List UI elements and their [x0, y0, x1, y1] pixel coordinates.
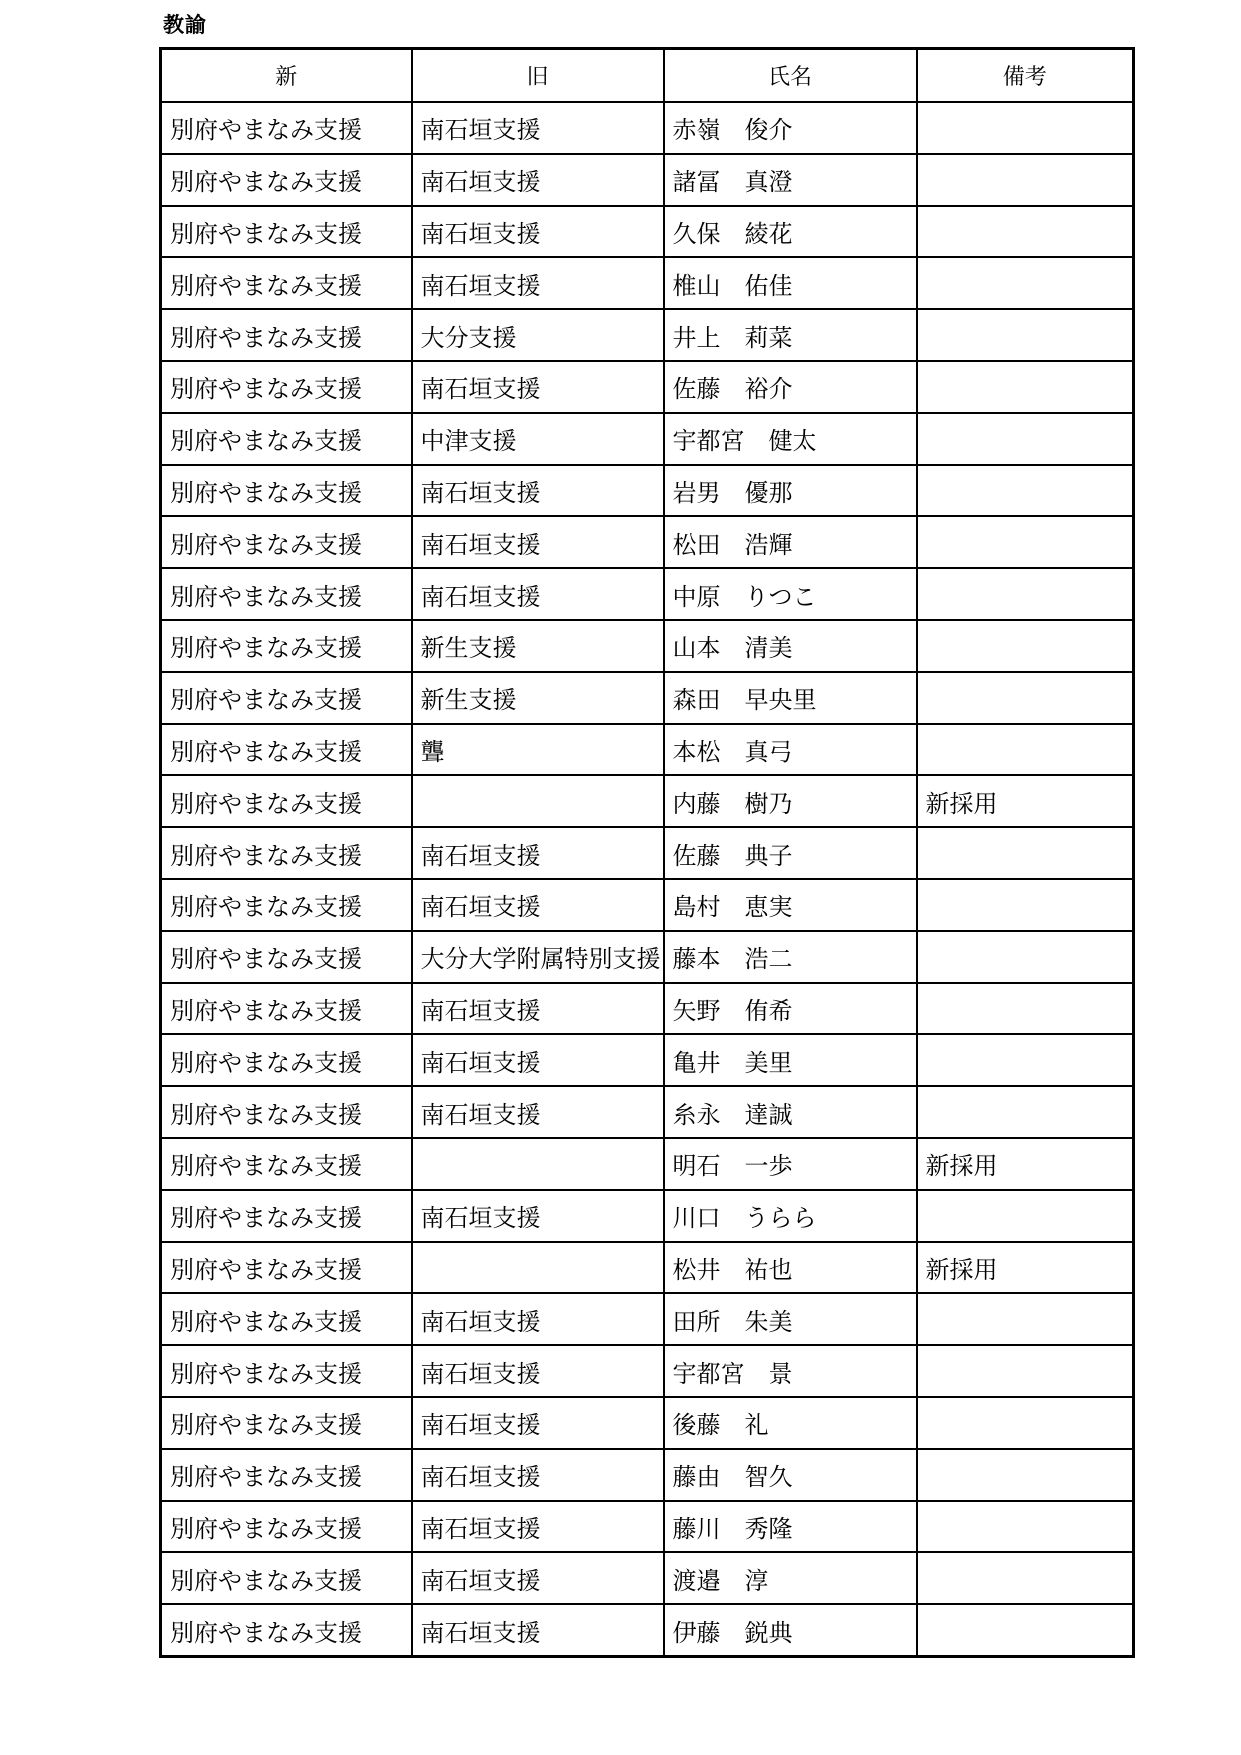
remarks-cell: [917, 1345, 1134, 1397]
column-header-name: 氏名: [664, 49, 917, 103]
remarks-cell: [917, 1604, 1134, 1656]
name-cell: 佐藤 裕介: [664, 361, 917, 413]
table-row: 別府やまなみ支援南石垣支援諸冨 真澄: [161, 154, 1134, 206]
name-cell: 椎山 佑佳: [664, 257, 917, 309]
table-row: 別府やまなみ支援南石垣支援矢野 侑希: [161, 983, 1134, 1035]
new-school-cell: 別府やまなみ支援: [161, 672, 412, 724]
column-header-new: 新: [161, 49, 412, 103]
remarks-cell: [917, 1086, 1134, 1138]
new-school-cell: 別府やまなみ支援: [161, 257, 412, 309]
column-header-old: 旧: [412, 49, 664, 103]
old-school-cell: 南石垣支援: [412, 1345, 664, 1397]
table-row: 別府やまなみ支援南石垣支援佐藤 典子: [161, 827, 1134, 879]
table-row: 別府やまなみ支援南石垣支援渡邉 淳: [161, 1552, 1134, 1604]
name-cell: 伊藤 鋭典: [664, 1604, 917, 1656]
remarks-cell: [917, 309, 1134, 361]
new-school-cell: 別府やまなみ支援: [161, 1242, 412, 1294]
remarks-cell: 新採用: [917, 775, 1134, 827]
old-school-cell: 新生支援: [412, 672, 664, 724]
remarks-cell: [917, 516, 1134, 568]
name-cell: 田所 朱美: [664, 1293, 917, 1345]
remarks-cell: 新採用: [917, 1242, 1134, 1294]
name-cell: 松田 浩輝: [664, 516, 917, 568]
new-school-cell: 別府やまなみ支援: [161, 1397, 412, 1449]
name-cell: 内藤 樹乃: [664, 775, 917, 827]
table-row: 別府やまなみ支援南石垣支援赤嶺 俊介: [161, 102, 1134, 154]
remarks-cell: [917, 672, 1134, 724]
new-school-cell: 別府やまなみ支援: [161, 568, 412, 620]
table-row: 別府やまなみ支援南石垣支援島村 恵実: [161, 879, 1134, 931]
name-cell: 後藤 礼: [664, 1397, 917, 1449]
remarks-cell: [917, 827, 1134, 879]
name-cell: 本松 真弓: [664, 724, 917, 776]
table-row: 別府やまなみ支援新生支援森田 早央里: [161, 672, 1134, 724]
table-row: 別府やまなみ支援南石垣支援伊藤 鋭典: [161, 1604, 1134, 1656]
old-school-cell: 南石垣支援: [412, 1552, 664, 1604]
table-row: 別府やまなみ支援南石垣支援岩男 優那: [161, 465, 1134, 517]
new-school-cell: 別府やまなみ支援: [161, 206, 412, 258]
table-row: 別府やまなみ支援南石垣支援川口 うらら: [161, 1190, 1134, 1242]
remarks-cell: [917, 1034, 1134, 1086]
old-school-cell: 南石垣支援: [412, 154, 664, 206]
name-cell: 亀井 美里: [664, 1034, 917, 1086]
old-school-cell: 南石垣支援: [412, 1501, 664, 1553]
name-cell: 松井 祐也: [664, 1242, 917, 1294]
new-school-cell: 別府やまなみ支援: [161, 1293, 412, 1345]
old-school-cell: 南石垣支援: [412, 879, 664, 931]
new-school-cell: 別府やまなみ支援: [161, 309, 412, 361]
name-cell: 糸永 達誠: [664, 1086, 917, 1138]
document-title: 教諭: [163, 9, 207, 39]
new-school-cell: 別府やまなみ支援: [161, 879, 412, 931]
old-school-cell: 南石垣支援: [412, 1449, 664, 1501]
table-row: 別府やまなみ支援内藤 樹乃新採用: [161, 775, 1134, 827]
remarks-cell: [917, 1293, 1134, 1345]
column-header-remarks: 備考: [917, 49, 1134, 103]
old-school-cell: 南石垣支援: [412, 1604, 664, 1656]
remarks-cell: [917, 413, 1134, 465]
name-cell: 山本 清美: [664, 620, 917, 672]
new-school-cell: 別府やまなみ支援: [161, 516, 412, 568]
remarks-cell: [917, 206, 1134, 258]
old-school-cell: 大分大学附属特別支援: [412, 931, 664, 983]
new-school-cell: 別府やまなみ支援: [161, 827, 412, 879]
table-row: 別府やまなみ支援新生支援山本 清美: [161, 620, 1134, 672]
new-school-cell: 別府やまなみ支援: [161, 1449, 412, 1501]
new-school-cell: 別府やまなみ支援: [161, 1190, 412, 1242]
new-school-cell: 別府やまなみ支援: [161, 1034, 412, 1086]
name-cell: 森田 早央里: [664, 672, 917, 724]
name-cell: 宇都宮 健太: [664, 413, 917, 465]
old-school-cell: 南石垣支援: [412, 1293, 664, 1345]
old-school-cell: 南石垣支援: [412, 1190, 664, 1242]
old-school-cell: 南石垣支援: [412, 983, 664, 1035]
name-cell: 佐藤 典子: [664, 827, 917, 879]
name-cell: 渡邉 淳: [664, 1552, 917, 1604]
old-school-cell: 南石垣支援: [412, 827, 664, 879]
remarks-cell: [917, 1501, 1134, 1553]
table-row: 別府やまなみ支援南石垣支援中原 りつこ: [161, 568, 1134, 620]
name-cell: 岩男 優那: [664, 465, 917, 517]
old-school-cell: 中津支援: [412, 413, 664, 465]
remarks-cell: [917, 154, 1134, 206]
table-row: 別府やまなみ支援南石垣支援亀井 美里: [161, 1034, 1134, 1086]
remarks-cell: 新採用: [917, 1138, 1134, 1190]
remarks-cell: [917, 102, 1134, 154]
new-school-cell: 別府やまなみ支援: [161, 1138, 412, 1190]
old-school-cell: 南石垣支援: [412, 361, 664, 413]
remarks-cell: [917, 361, 1134, 413]
old-school-cell: 南石垣支援: [412, 1034, 664, 1086]
remarks-cell: [917, 931, 1134, 983]
remarks-cell: [917, 465, 1134, 517]
remarks-cell: [917, 1449, 1134, 1501]
name-cell: 諸冨 真澄: [664, 154, 917, 206]
old-school-cell: 大分支援: [412, 309, 664, 361]
teacher-transfer-table: 新旧氏名備考 別府やまなみ支援南石垣支援赤嶺 俊介別府やまなみ支援南石垣支援諸冨…: [159, 47, 1135, 1658]
remarks-cell: [917, 1190, 1134, 1242]
name-cell: 久保 綾花: [664, 206, 917, 258]
new-school-cell: 別府やまなみ支援: [161, 1345, 412, 1397]
name-cell: 島村 恵実: [664, 879, 917, 931]
remarks-cell: [917, 879, 1134, 931]
table-row: 別府やまなみ支援大分大学附属特別支援藤本 浩二: [161, 931, 1134, 983]
new-school-cell: 別府やまなみ支援: [161, 154, 412, 206]
name-cell: 藤川 秀隆: [664, 1501, 917, 1553]
table-row: 別府やまなみ支援大分支援井上 莉菜: [161, 309, 1134, 361]
old-school-cell: 南石垣支援: [412, 465, 664, 517]
name-cell: 明石 一歩: [664, 1138, 917, 1190]
old-school-cell: 南石垣支援: [412, 568, 664, 620]
table-header-row: 新旧氏名備考: [161, 49, 1134, 103]
name-cell: 井上 莉菜: [664, 309, 917, 361]
old-school-cell: 南石垣支援: [412, 206, 664, 258]
remarks-cell: [917, 1397, 1134, 1449]
table-row: 別府やまなみ支援南石垣支援糸永 達誠: [161, 1086, 1134, 1138]
new-school-cell: 別府やまなみ支援: [161, 1604, 412, 1656]
new-school-cell: 別府やまなみ支援: [161, 931, 412, 983]
new-school-cell: 別府やまなみ支援: [161, 620, 412, 672]
remarks-cell: [917, 724, 1134, 776]
remarks-cell: [917, 983, 1134, 1035]
new-school-cell: 別府やまなみ支援: [161, 1552, 412, 1604]
table-row: 別府やまなみ支援南石垣支援椎山 佑佳: [161, 257, 1134, 309]
name-cell: 赤嶺 俊介: [664, 102, 917, 154]
old-school-cell: [412, 1138, 664, 1190]
table-row: 別府やまなみ支援南石垣支援松田 浩輝: [161, 516, 1134, 568]
name-cell: 矢野 侑希: [664, 983, 917, 1035]
new-school-cell: 別府やまなみ支援: [161, 983, 412, 1035]
remarks-cell: [917, 1552, 1134, 1604]
new-school-cell: 別府やまなみ支援: [161, 413, 412, 465]
table-row: 別府やまなみ支援南石垣支援田所 朱美: [161, 1293, 1134, 1345]
table-row: 別府やまなみ支援聾本松 真弓: [161, 724, 1134, 776]
name-cell: 中原 りつこ: [664, 568, 917, 620]
old-school-cell: 南石垣支援: [412, 1397, 664, 1449]
remarks-cell: [917, 568, 1134, 620]
table-row: 別府やまなみ支援松井 祐也新採用: [161, 1242, 1134, 1294]
name-cell: 藤本 浩二: [664, 931, 917, 983]
table-row: 別府やまなみ支援南石垣支援藤川 秀隆: [161, 1501, 1134, 1553]
old-school-cell: [412, 1242, 664, 1294]
old-school-cell: 南石垣支援: [412, 516, 664, 568]
remarks-cell: [917, 257, 1134, 309]
name-cell: 川口 うらら: [664, 1190, 917, 1242]
new-school-cell: 別府やまなみ支援: [161, 724, 412, 776]
new-school-cell: 別府やまなみ支援: [161, 1501, 412, 1553]
old-school-cell: 南石垣支援: [412, 257, 664, 309]
old-school-cell: 聾: [412, 724, 664, 776]
table-row: 別府やまなみ支援南石垣支援佐藤 裕介: [161, 361, 1134, 413]
old-school-cell: 南石垣支援: [412, 1086, 664, 1138]
table-row: 別府やまなみ支援南石垣支援藤由 智久: [161, 1449, 1134, 1501]
new-school-cell: 別府やまなみ支援: [161, 361, 412, 413]
old-school-cell: [412, 775, 664, 827]
new-school-cell: 別府やまなみ支援: [161, 465, 412, 517]
table-row: 別府やまなみ支援中津支援宇都宮 健太: [161, 413, 1134, 465]
new-school-cell: 別府やまなみ支援: [161, 775, 412, 827]
table-row: 別府やまなみ支援明石 一歩新採用: [161, 1138, 1134, 1190]
table-row: 別府やまなみ支援南石垣支援宇都宮 景: [161, 1345, 1134, 1397]
new-school-cell: 別府やまなみ支援: [161, 102, 412, 154]
name-cell: 宇都宮 景: [664, 1345, 917, 1397]
old-school-cell: 新生支援: [412, 620, 664, 672]
table-row: 別府やまなみ支援南石垣支援後藤 礼: [161, 1397, 1134, 1449]
old-school-cell: 南石垣支援: [412, 102, 664, 154]
name-cell: 藤由 智久: [664, 1449, 917, 1501]
new-school-cell: 別府やまなみ支援: [161, 1086, 412, 1138]
table-row: 別府やまなみ支援南石垣支援久保 綾花: [161, 206, 1134, 258]
remarks-cell: [917, 620, 1134, 672]
